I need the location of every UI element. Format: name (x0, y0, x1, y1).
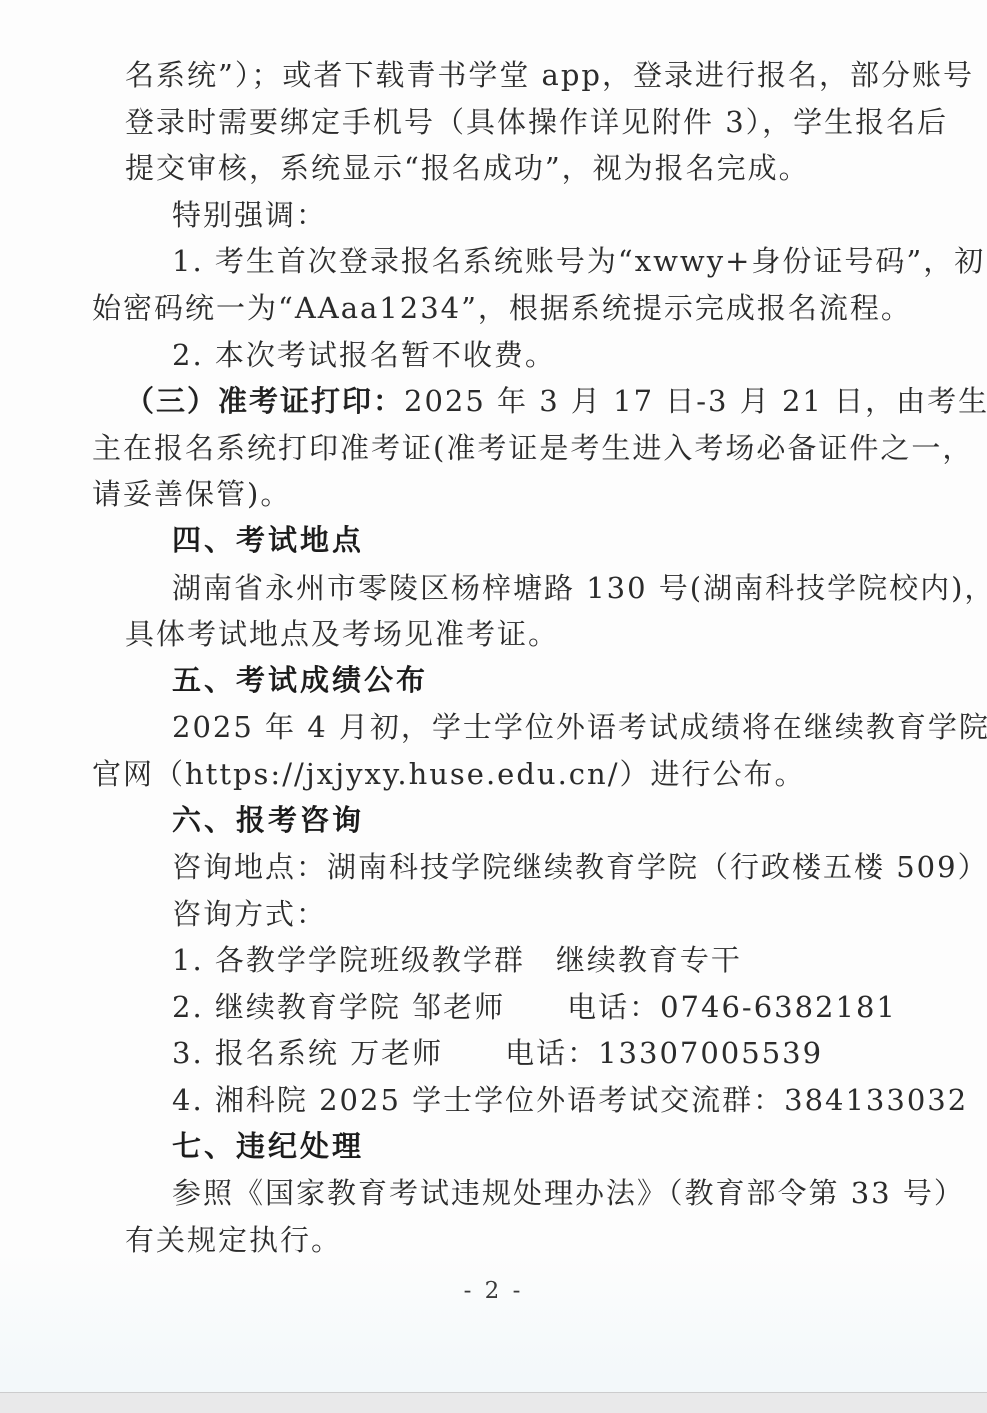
section-heading: 四、考试地点 (172, 518, 899, 565)
page-gap-bar (0, 1392, 987, 1413)
document-line: 参照《国家教育考试违规处理办法》（教育部令第 33 号） (172, 1170, 899, 1217)
document-line: 1. 各教学学院班级教学群 继续教育专干 (172, 937, 899, 984)
document-line: 登录时需要绑定手机号（具体操作详见附件 3），学生报名后 (125, 99, 899, 146)
document-line: 请妥善保管)。 (92, 471, 899, 518)
section-heading: 六、报考咨询 (172, 798, 899, 845)
inline-bold-label: （三）准考证打印： (125, 384, 404, 418)
document-line: （三）准考证打印：2025 年 3 月 17 日-3 月 21 日，由考生自 (125, 378, 899, 425)
document-line: 有关规定执行。 (125, 1217, 899, 1264)
line-text: 2025 年 3 月 17 日-3 月 21 日，由考生自 (404, 384, 987, 418)
section-heading: 七、违纪处理 (172, 1124, 899, 1171)
document-line: 咨询地点：湖南科技学院继续教育学院（行政楼五楼 509） (172, 844, 899, 891)
document-lines: 名系统”）；或者下载青书学堂 app，登录进行报名，部分账号登录时需要绑定手机号… (92, 52, 899, 1263)
document-line: 4. 湘科院 2025 学士学位外语考试交流群：384133032 (172, 1077, 899, 1124)
document-line: 具体考试地点及考场见准考证。 (125, 611, 899, 658)
section-heading: 五、考试成绩公布 (172, 658, 899, 705)
document-line: 提交审核，系统显示“报名成功”，视为报名完成。 (125, 145, 899, 192)
document-line: 1. 考生首次登录报名系统账号为“xwwy+身份证号码”，初 (172, 238, 899, 285)
document-line: 2. 本次考试报名暂不收费。 (172, 332, 899, 379)
document-line: 2. 继续教育学院 邹老师 电话：0746-6382181 (172, 984, 899, 1031)
document-line: 始密码统一为“AAaa1234”，根据系统提示完成报名流程。 (92, 285, 899, 332)
document-line: 名系统”）；或者下载青书学堂 app，登录进行报名，部分账号 (125, 52, 899, 99)
document-line: 主在报名系统打印准考证(准考证是考生进入考场必备证件之一， (92, 425, 899, 472)
document-line: 官网（https://jxjyxy.huse.edu.cn/）进行公布。 (92, 751, 899, 798)
document-line: 湖南省永州市零陵区杨梓塘路 130 号(湖南科技学院校内)， (172, 565, 899, 612)
document-page: 名系统”）；或者下载青书学堂 app，登录进行报名，部分账号登录时需要绑定手机号… (0, 0, 987, 1392)
document-line: 特别强调： (172, 192, 899, 239)
page-number: - 2 - (0, 1278, 987, 1304)
document-line: 咨询方式： (172, 891, 899, 938)
document-line: 3. 报名系统 万老师 电话：13307005539 (172, 1030, 899, 1077)
document-viewer: 名系统”）；或者下载青书学堂 app，登录进行报名，部分账号登录时需要绑定手机号… (0, 0, 987, 1413)
document-line: 2025 年 4 月初，学士学位外语考试成绩将在继续教育学院 (172, 704, 899, 751)
